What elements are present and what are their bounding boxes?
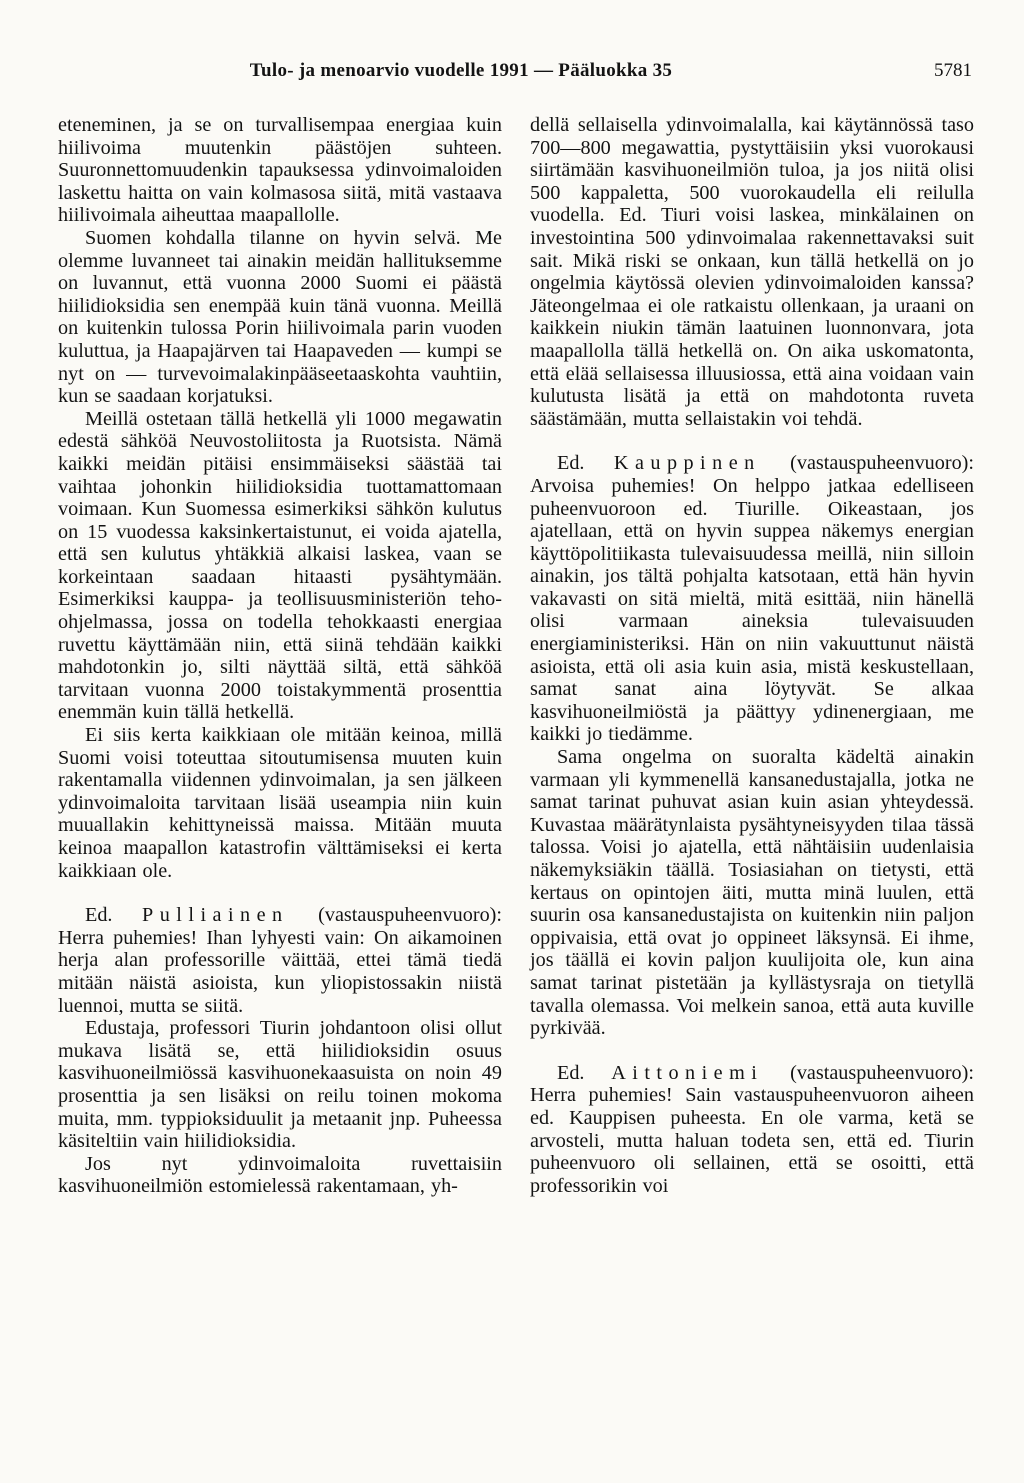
speaker-prefix: Ed.	[557, 1062, 584, 1084]
paragraph: Suomen kohdalla tilanne on hyvin selvä. …	[58, 227, 502, 408]
paragraph-speaker-kauppinen: Ed. Kauppinen (vastauspuheenvuoro): Arvo…	[530, 452, 974, 746]
left-column: eteneminen, ja se on turvallisempaa ener…	[58, 114, 502, 1198]
speaker-prefix: Ed.	[557, 452, 584, 474]
paragraph: Ei siis kerta kaikkiaan ole mitään keino…	[58, 724, 502, 882]
right-column: dellä sellaisella ydinvoimalalla, kai kä…	[530, 114, 974, 1198]
page-number: 5781	[934, 60, 972, 82]
paragraph-speaker-pulliainen: Ed. Pulliainen (vastauspuheenvuoro): Her…	[58, 904, 502, 1017]
paragraph-continuation: dellä sellaisella ydinvoimalalla, kai kä…	[530, 114, 974, 430]
paragraph: Sama ongelma on suoralta kädeltä ainakin…	[530, 746, 974, 1040]
speech-text: (vastauspuheenvuoro): Arvoisa puhemies! …	[530, 452, 974, 745]
speaker-name: Pulliainen	[142, 904, 289, 926]
page-header: Tulo- ja menoarvio vuodelle 1991 — Päälu…	[58, 60, 974, 86]
speaker-name: Kauppinen	[614, 452, 761, 474]
paragraph-speaker-aittoniemi: Ed. Aittoniemi (vastauspuheenvuoro): Her…	[530, 1062, 974, 1198]
page-title: Tulo- ja menoarvio vuodelle 1991 — Päälu…	[58, 60, 864, 82]
speaker-prefix: Ed.	[85, 904, 112, 926]
document-page: Tulo- ja menoarvio vuodelle 1991 — Päälu…	[0, 0, 1024, 1483]
paragraph: Jos nyt ydinvoimaloita ruvettaisiin kasv…	[58, 1153, 502, 1198]
paragraph: Edustaja, professori Tiurin johdantoon o…	[58, 1017, 502, 1153]
text-columns: eteneminen, ja se on turvallisempaa ener…	[58, 114, 974, 1198]
paragraph-continuation: eteneminen, ja se on turvallisempaa ener…	[58, 114, 502, 227]
paragraph: Meillä ostetaan tällä hetkellä yli 1000 …	[58, 408, 502, 724]
speaker-name: Aittoniemi	[611, 1062, 763, 1084]
